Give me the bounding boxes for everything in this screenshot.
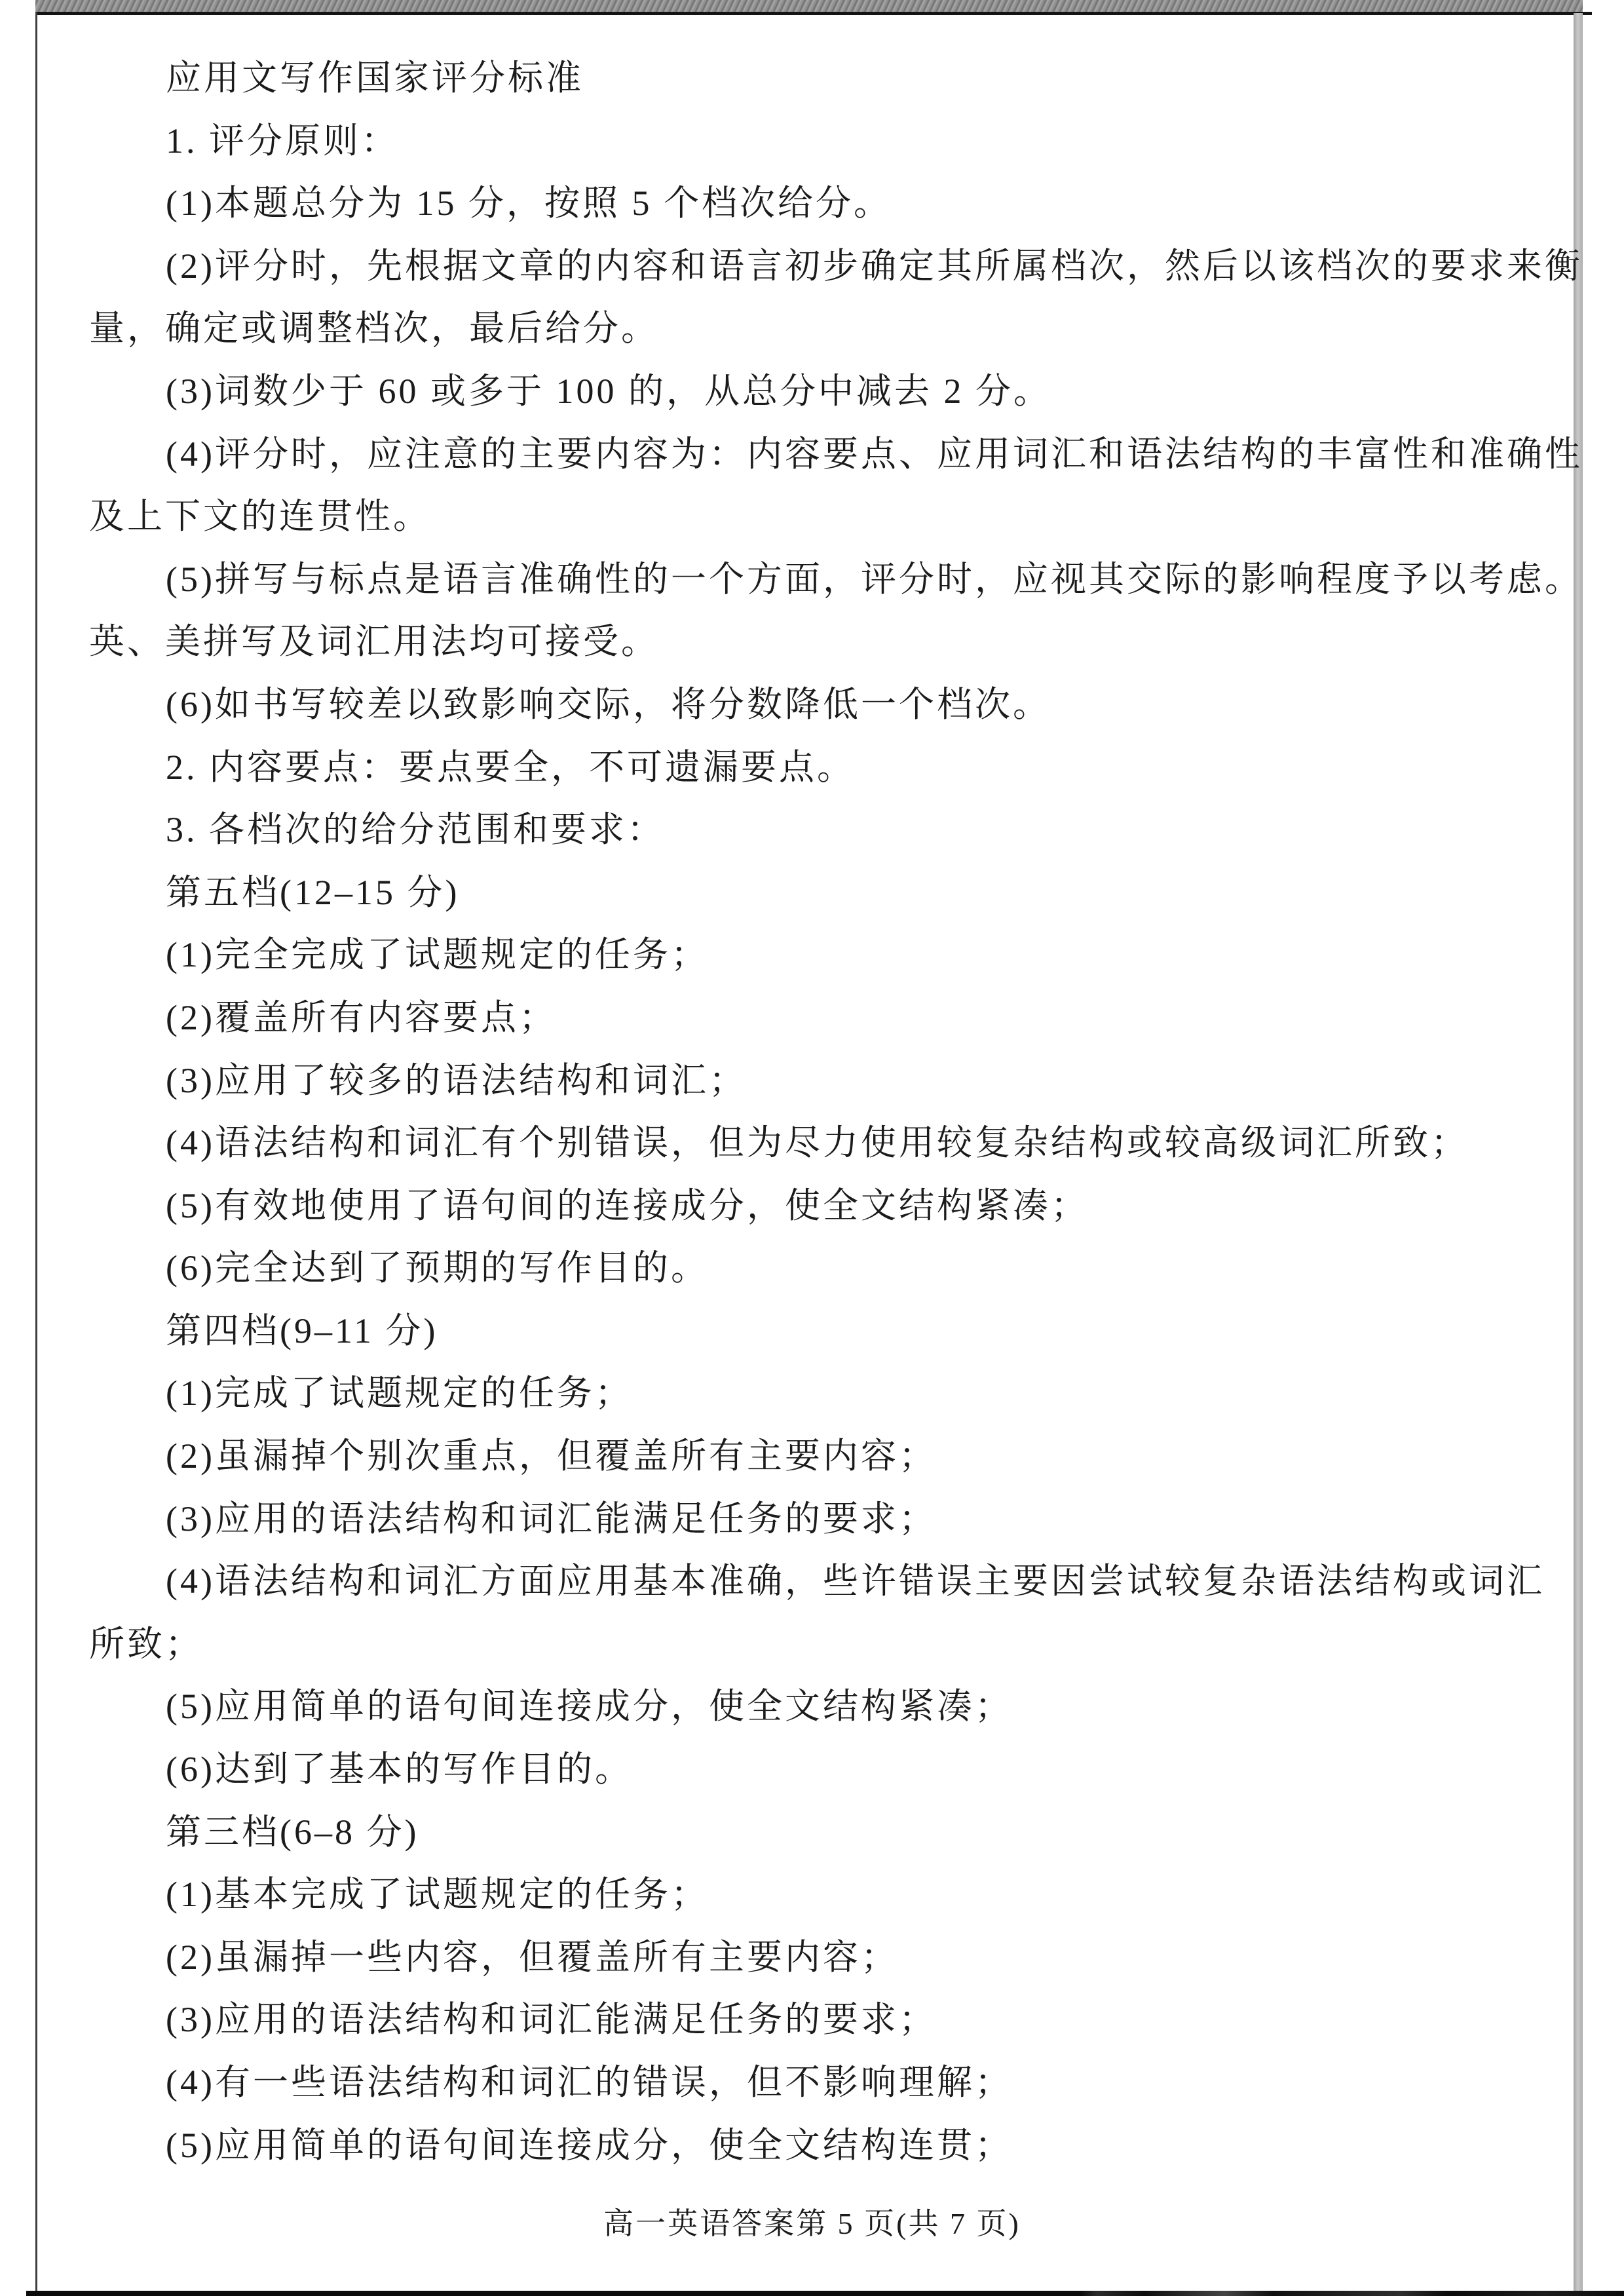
text-line: 第四档(9–11 分) bbox=[89, 1300, 1557, 1363]
text-line: 量，确定或调整档次，最后给分。 bbox=[89, 297, 1557, 360]
text-line: (5)应用简单的语句间连接成分，使全文结构连贯； bbox=[89, 2114, 1557, 2177]
top-binding-rule bbox=[35, 12, 1592, 15]
text-line: 1. 评分原则： bbox=[89, 110, 1557, 173]
text-line: (2)覆盖所有内容要点； bbox=[89, 987, 1557, 1050]
text-line: (6)达到了基本的写作目的。 bbox=[89, 1738, 1557, 1801]
text-line: 应用文写作国家评分标准 bbox=[89, 47, 1557, 110]
text-line: 英、美拼写及词汇用法均可接受。 bbox=[89, 611, 1557, 674]
text-line: (4)语法结构和词汇有个别错误，但为尽力使用较复杂结构或较高级词汇所致； bbox=[89, 1112, 1557, 1175]
text-line: 所致； bbox=[89, 1613, 1557, 1676]
text-line: 及上下文的连贯性。 bbox=[89, 486, 1557, 548]
top-binding-strip bbox=[35, 0, 1583, 12]
text-line: 第五档(12–15 分) bbox=[89, 862, 1557, 925]
text-line: (2)虽漏掉一些内容，但覆盖所有主要内容； bbox=[89, 1926, 1557, 1989]
right-page-edge-strip bbox=[1574, 13, 1583, 2291]
document-body-text: 应用文写作国家评分标准1. 评分原则：(1)本题总分为 15 分，按照 5 个档… bbox=[89, 47, 1557, 2177]
text-line: (4)有一些语法结构和词汇的错误，但不影响理解； bbox=[89, 2052, 1557, 2114]
text-line: (1)本题总分为 15 分，按照 5 个档次给分。 bbox=[89, 172, 1557, 235]
left-page-edge-rule bbox=[35, 12, 37, 2291]
text-line: 3. 各档次的给分范围和要求： bbox=[89, 799, 1557, 862]
text-line: (1)基本完成了试题规定的任务； bbox=[89, 1864, 1557, 1926]
text-line: (6)如书写较差以致影响交际，将分数降低一个档次。 bbox=[89, 674, 1557, 737]
text-line: (3)应用的语法结构和词汇能满足任务的要求； bbox=[89, 1989, 1557, 2052]
text-line: (5)应用简单的语句间连接成分，使全文结构紧凑； bbox=[89, 1675, 1557, 1738]
text-line: (1)完成了试题规定的任务； bbox=[89, 1362, 1557, 1425]
bottom-scan-band bbox=[26, 2291, 1624, 2296]
page-footer: 高一英语答案第 5 页(共 7 页) bbox=[0, 2194, 1624, 2254]
text-line: (4)评分时，应注意的主要内容为：内容要点、应用词汇和语法结构的丰富性和准确性 bbox=[89, 423, 1557, 486]
text-line: (1)完全完成了试题规定的任务； bbox=[89, 924, 1557, 987]
text-line: (3)应用了较多的语法结构和词汇； bbox=[89, 1050, 1557, 1113]
text-line: (5)有效地使用了语句间的连接成分，使全文结构紧凑； bbox=[89, 1175, 1557, 1238]
text-line: (4)语法结构和词汇方面应用基本准确，些许错误主要因尝试较复杂语法结构或词汇 bbox=[89, 1550, 1557, 1613]
text-line: (2)虽漏掉个别次重点，但覆盖所有主要内容； bbox=[89, 1425, 1557, 1488]
text-line: 第三档(6–8 分) bbox=[89, 1801, 1557, 1864]
text-line: (3)词数少于 60 或多于 100 的，从总分中减去 2 分。 bbox=[89, 360, 1557, 423]
text-line: (3)应用的语法结构和词汇能满足任务的要求； bbox=[89, 1488, 1557, 1551]
text-line: (6)完全达到了预期的写作目的。 bbox=[89, 1237, 1557, 1300]
scanned-answer-page: 应用文写作国家评分标准1. 评分原则：(1)本题总分为 15 分，按照 5 个档… bbox=[0, 0, 1624, 2296]
text-line: (2)评分时，先根据文章的内容和语言初步确定其所属档次，然后以该档次的要求来衡 bbox=[89, 235, 1557, 298]
text-line: (5)拼写与标点是语言准确性的一个方面，评分时，应视其交际的影响程度予以考虑。 bbox=[89, 548, 1557, 611]
text-line: 2. 内容要点：要点要全，不可遗漏要点。 bbox=[89, 737, 1557, 799]
